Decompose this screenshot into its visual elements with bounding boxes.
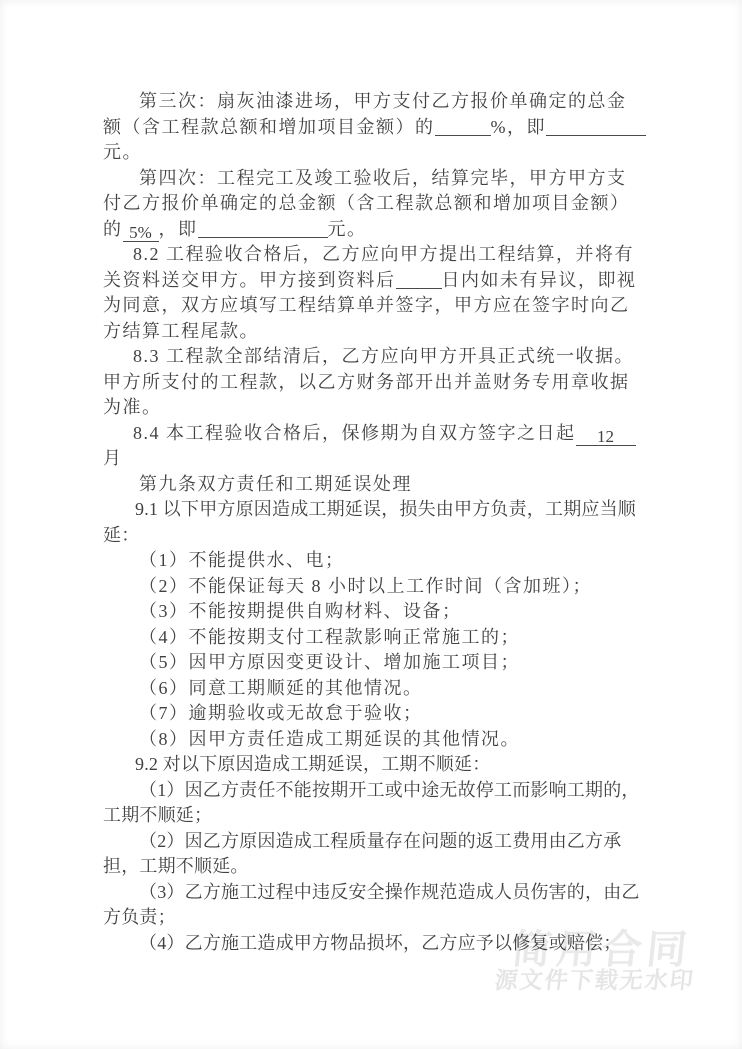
text-segment: %，即 — [491, 117, 547, 137]
document-body: 第三次：扇灰油漆进场，甲方支付乙方报价单确定的总金额（含工程款总额和增加项目金额… — [103, 89, 742, 956]
fill-in-blank — [396, 269, 442, 289]
text-segment: 额（含工程款总额和增加项目金额）的 — [103, 117, 435, 137]
text-segment: 第三次：扇灰油漆进场，甲方支付乙方报价单确定的总金 — [139, 91, 627, 111]
document-line: 8.3 工程款全部结清后，乙方应向甲方开具正式统一收据。 — [103, 344, 742, 370]
text-segment: 甲方所支付的工程款，以乙方财务部开出并盖财务专用章收据 — [103, 372, 630, 392]
document-line: 为准。 — [103, 395, 742, 421]
text-segment: 关资料送交甲方。甲方接到资料后 — [103, 270, 396, 290]
document-page: { "colors": { "text": "#414141", "underl… — [0, 0, 742, 1049]
document-line: 第九条双方责任和工期延误处理 — [103, 472, 742, 498]
text-segment: 为同意，双方应填写工程结算单并签字，甲方应在签字时向乙 — [103, 295, 630, 315]
text-segment: （1）不能提供水、电； — [139, 550, 345, 570]
document-line: 8.2 工程验收合格后，乙方应向甲方提出工程结算，并将有 — [103, 242, 742, 268]
document-line: 延： — [103, 523, 742, 549]
document-line: 元。 — [103, 140, 742, 166]
text-segment: 第四次：工程完工及竣工验收后，结算完毕，甲方甲方支 — [139, 168, 627, 188]
document-line: （2）因乙方原因造成工程质量存在问题的返工费用由乙方承 — [103, 829, 742, 855]
text-segment: 担，工期不顺延。 — [103, 856, 249, 876]
text-segment: （6）同意工期顺延的其他情况。 — [139, 678, 423, 698]
document-line: （5）因甲方原因变更设计、增加施工项目； — [103, 650, 742, 676]
text-segment: 元。 — [103, 142, 142, 162]
text-segment: 的 — [103, 219, 123, 239]
document-line: （4）不能按期支付工程款影响正常施工的； — [103, 625, 742, 651]
text-segment: 日内如未有异议，即视 — [442, 270, 637, 290]
text-segment: 工期不顺延； — [103, 805, 212, 825]
document-line: 方负责； — [103, 905, 742, 931]
document-line: 甲方所支付的工程款，以乙方财务部开出并盖财务专用章收据 — [103, 370, 742, 396]
document-line: （3）不能按期提供自购材料、设备； — [103, 599, 742, 625]
text-segment: 方结算工程尾款。 — [103, 321, 259, 341]
document-line: 额（含工程款总额和增加项目金额）的%，即 — [103, 115, 742, 141]
text-segment: 第九条双方责任和工期延误处理 — [139, 474, 412, 494]
document-line: 的5%，即元。 — [103, 217, 742, 243]
text-segment: （1）因乙方责任不能按期开工或中途无故停工而影响工期的， — [139, 780, 640, 800]
text-segment: 8.2 工程验收合格后，乙方应向甲方提出工程结算，并将有 — [133, 244, 634, 264]
text-segment: 8.4 本工程验收合格后，保修期为自双方签字之日起 — [133, 423, 576, 443]
document-line: （1）不能提供水、电； — [103, 548, 742, 574]
document-line: 第三次：扇灰油漆进场，甲方支付乙方报价单确定的总金 — [103, 89, 742, 115]
text-segment: 延： — [103, 525, 139, 545]
text-segment: （4）不能按期支付工程款影响正常施工的； — [139, 627, 520, 647]
text-segment: （5）因甲方原因变更设计、增加施工项目； — [139, 652, 520, 672]
text-segment: （2）不能保证每天 8 小时以上工作时间（含加班）； — [139, 576, 592, 596]
document-line: 付乙方报价单确定的总金额（含工程款总额和增加项目金额） — [103, 191, 742, 217]
fill-in-blank — [198, 218, 328, 238]
document-line: （1）因乙方责任不能按期开工或中途无故停工而影响工期的， — [103, 778, 742, 804]
text-segment: （3）不能按期提供自购材料、设备； — [139, 601, 462, 621]
document-line: 关资料送交甲方。甲方接到资料后日内如未有异议，即视 — [103, 268, 742, 294]
text-segment: （4）乙方施工造成甲方物品损坏，乙方应予以修复或赔偿； — [139, 933, 621, 953]
text-segment: 为准。 — [103, 397, 162, 417]
fill-in-blank — [546, 116, 646, 136]
text-segment: 9.1 以下甲方原因造成工期延误，损失由甲方负责，工期应当顺 — [135, 499, 636, 519]
text-segment: 元。 — [328, 219, 367, 239]
document-line: 担，工期不顺延。 — [103, 854, 742, 880]
fill-in-blank — [435, 116, 491, 136]
watermark-subtitle: 源文件下载无水印 — [493, 962, 696, 995]
text-segment: （2）因乙方原因造成工程质量存在问题的返工费用由乙方承 — [139, 831, 621, 851]
text-segment: 9.2 对以下原因造成工期延误，工期不顺延： — [135, 754, 490, 774]
document-line: 9.2 对以下原因造成工期延误，工期不顺延： — [103, 752, 742, 778]
text-segment: ，即 — [159, 219, 198, 239]
document-line: 9.1 以下甲方原因造成工期延误，损失由甲方负责，工期应当顺 — [103, 497, 742, 523]
document-line: 方结算工程尾款。 — [103, 319, 742, 345]
text-segment: 付乙方报价单确定的总金额（含工程款总额和增加项目金额） — [103, 193, 630, 213]
document-line: 为同意，双方应填写工程结算单并签字，甲方应在签字时向乙 — [103, 293, 742, 319]
text-segment: （7）逾期验收或无故怠于验收； — [139, 703, 423, 723]
text-segment: （8）因甲方责任造成工期延误的其他情况。 — [139, 729, 520, 749]
document-line: （6）同意工期顺延的其他情况。 — [103, 676, 742, 702]
fill-in-blank: 5% — [123, 222, 159, 242]
text-segment: 8.3 工程款全部结清后，乙方应向甲方开具正式统一收据。 — [133, 346, 634, 366]
text-segment: 方负责； — [103, 907, 176, 927]
document-line: 工期不顺延； — [103, 803, 742, 829]
document-line: （3）乙方施工过程中违反安全操作规范造成人员伤害的，由乙 — [103, 880, 742, 906]
document-line: （7）逾期验收或无故怠于验收； — [103, 701, 742, 727]
document-line: 第四次：工程完工及竣工验收后，结算完毕，甲方甲方支 — [103, 166, 742, 192]
document-line: 月 — [103, 446, 742, 472]
document-line: （8）因甲方责任造成工期延误的其他情况。 — [103, 727, 742, 753]
text-segment: 月 — [103, 448, 123, 468]
document-line: 8.4 本工程验收合格后，保修期为自双方签字之日起12 — [103, 421, 742, 447]
document-line: （2）不能保证每天 8 小时以上工作时间（含加班）； — [103, 574, 742, 600]
fill-in-blank: 12 — [576, 426, 636, 446]
document-line: （4）乙方施工造成甲方物品损坏，乙方应予以修复或赔偿； — [103, 931, 742, 957]
text-segment: （3）乙方施工过程中违反安全操作规范造成人员伤害的，由乙 — [139, 882, 640, 902]
